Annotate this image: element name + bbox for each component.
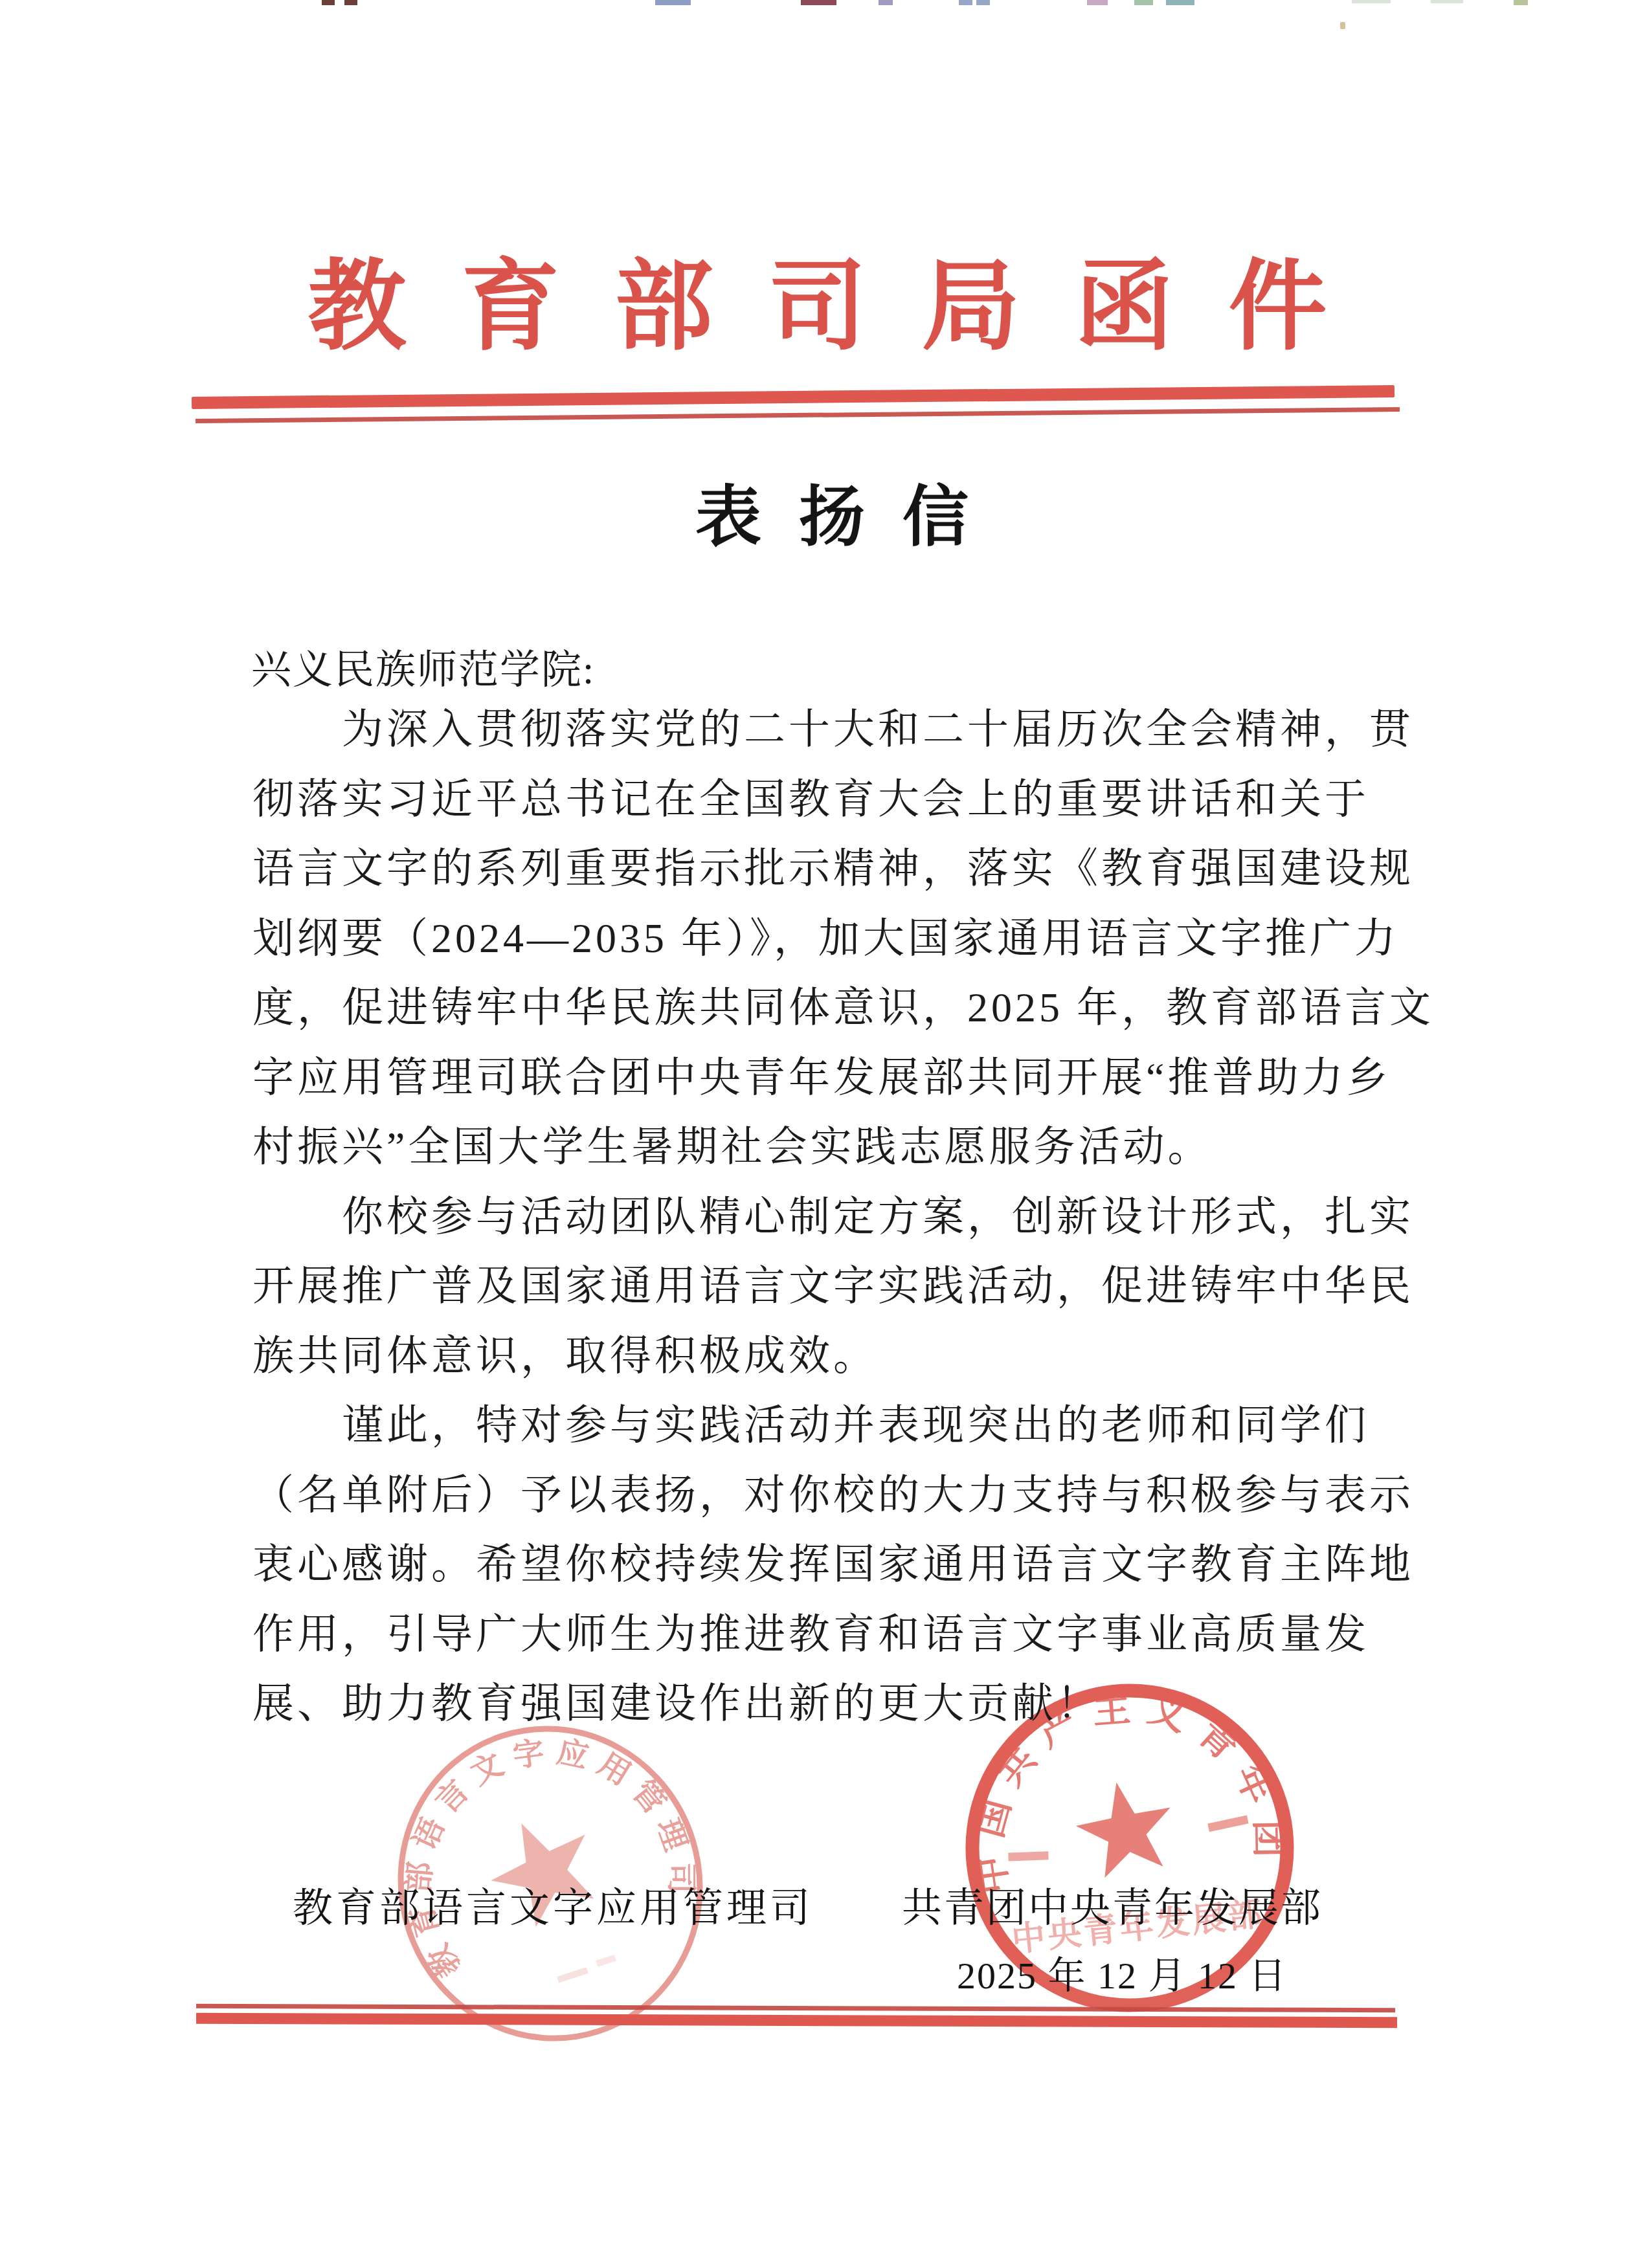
letter-title: 表扬信 bbox=[0, 465, 1647, 559]
body-line: 村振兴”全国大学生暑期社会实践志愿服务活动。 bbox=[252, 1113, 1212, 1173]
signature-date: 2025 年 12 月 12 日 bbox=[957, 1945, 1288, 1999]
letterhead-title: 教育部司局函件 bbox=[0, 228, 1647, 369]
scan-artifact bbox=[879, 0, 893, 5]
signature-left: 教育部语言文字应用管理司 bbox=[293, 1876, 813, 1933]
scan-artifact bbox=[1352, 0, 1391, 3]
scan-artifact bbox=[322, 0, 335, 5]
body-line: 字应用管理司联合团中央青年发展部共同开展“推普助力乡 bbox=[252, 1044, 1391, 1104]
body-line: （名单附后）予以表扬，对你校的大力支持与积极参与表示 bbox=[252, 1462, 1414, 1521]
scanned-letter-page: { "masthead": { "title": "教育部司局函件", "col… bbox=[0, 0, 1647, 2268]
scan-artifact bbox=[344, 0, 357, 5]
scan-artifact bbox=[1134, 0, 1153, 5]
scan-artifact bbox=[1514, 0, 1528, 5]
scan-artifact bbox=[959, 0, 972, 5]
body-line: 语言文字的系列重要指示批示精神，落实《教育强国建设规 bbox=[252, 835, 1414, 895]
signature-right: 共青团中央青年发展部 bbox=[902, 1876, 1323, 1933]
body-line: 彻落实习近平总书记在全国教育大会上的重要讲话和关于 bbox=[252, 766, 1369, 825]
body-line: 谨此，特对参与实践活动并表现突出的老师和同学们 bbox=[252, 1392, 1369, 1451]
body-line: 为深入贯彻落实党的二十大和二十届历次全会精神，贯 bbox=[252, 696, 1414, 755]
scan-artifact bbox=[976, 0, 990, 5]
letterhead-rule-thick bbox=[192, 385, 1395, 409]
scan-artifact bbox=[1166, 0, 1194, 5]
scan-artifact bbox=[1431, 0, 1463, 3]
letterhead-rule-thin bbox=[196, 407, 1400, 423]
star-icon bbox=[1070, 1773, 1182, 1882]
scan-artifact bbox=[655, 0, 691, 5]
body-line: 作用，引导广大师生为推进教育和语言文字事业高质量发 bbox=[252, 1601, 1369, 1660]
body-line: 划纲要（2024—2035 年）》，加大国家通用语言文字推广力 bbox=[252, 905, 1399, 964]
scan-speck bbox=[1340, 22, 1345, 29]
scan-artifact bbox=[801, 0, 836, 5]
salutation: 兴义民族师范学院: bbox=[251, 638, 595, 695]
body-line: 族共同体意识，取得积极成效。 bbox=[252, 1322, 878, 1382]
scan-artifact bbox=[1087, 0, 1108, 5]
body-line: 衷心感谢。希望你校持续发挥国家通用语言文字教育主阵地 bbox=[252, 1531, 1414, 1590]
body-line: 展、助力教育强国建设作出新的更大贡献！ bbox=[252, 1670, 1101, 1729]
body-line: 你校参与活动团队精心制定方案，创新设计形式，扎实 bbox=[252, 1183, 1414, 1243]
body-line: 度，促进铸牢中华民族共同体意识，2025 年，教育部语言文 bbox=[252, 974, 1434, 1034]
body-line: 开展推广普及国家通用语言文字实践活动，促进铸牢中华民 bbox=[252, 1252, 1414, 1312]
